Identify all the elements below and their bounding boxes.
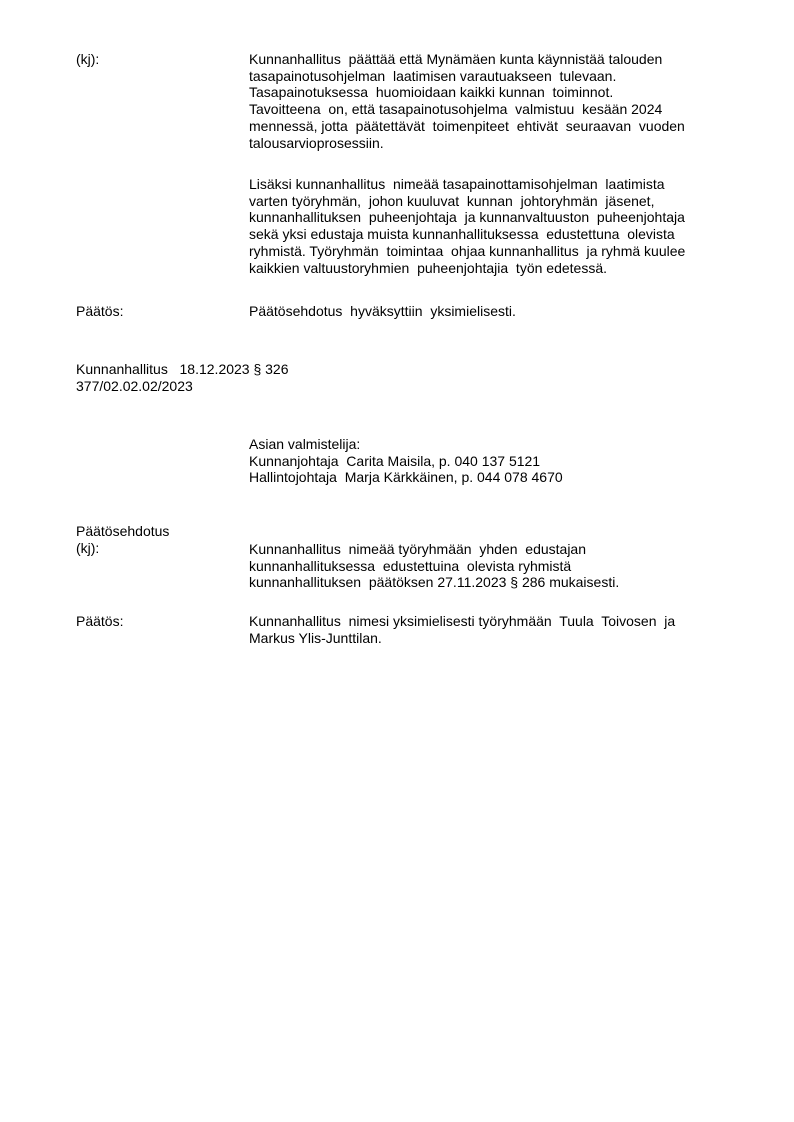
paragraph-line: kunnanhallituksen puheenjohtaja ja kunna…	[249, 209, 685, 226]
paragraph-line: sekä yksi edustaja muista kunnanhallituk…	[249, 226, 685, 243]
paragraph-line: ryhmistä. Työryhmän toimintaa ohjaa kunn…	[249, 243, 685, 260]
paragraph-line: Lisäksi kunnanhallitus nimeää tasapainot…	[249, 176, 685, 193]
paragraph-line: kunnanhallituksen päätöksen 27.11.2023 §…	[249, 574, 619, 591]
proposal-label-kj: (kj):	[76, 51, 99, 68]
paragraph-line: mennessä, jotta päätettävät toimenpiteet…	[249, 118, 685, 135]
case-number: 377/02.02.02/2023	[76, 378, 289, 395]
preparer-line: Hallintojohtaja Marja Kärkkäinen, p. 044…	[249, 469, 563, 486]
proposal-paragraph-2: Lisäksi kunnanhallitus nimeää tasapainot…	[249, 176, 685, 276]
proposal-2-text: Kunnanhallitus nimeää työryhmään yhden e…	[249, 541, 619, 591]
paragraph-line: varten työryhmän, johon kuuluvat kunnan …	[249, 193, 685, 210]
paragraph-line: Kunnanhallitus nimeää työryhmään yhden e…	[249, 541, 619, 558]
decision-2-text: Kunnanhallitus nimesi yksimielisesti työ…	[249, 613, 675, 646]
paragraph-line: Tavoitteena on, että tasapainotusohjelma…	[249, 101, 685, 118]
paragraph-line: tasapainotusohjelman laatimisen varautua…	[249, 68, 685, 85]
document-page: (kj): Kunnanhallitus päättää että Mynämä…	[0, 0, 794, 1122]
paragraph-line: Tasapainotuksessa huomioidaan kaikki kun…	[249, 84, 685, 101]
paragraph-line: Markus Ylis-Junttilan.	[249, 630, 675, 647]
proposal-label-text: (kj):	[76, 51, 99, 68]
paragraph-line: kaikkien valtuustoryhmien puheenjohtajia…	[249, 260, 685, 277]
paragraph-line: Kunnanhallitus nimesi yksimielisesti työ…	[249, 613, 675, 630]
proposal-2-label: Päätösehdotus (kj):	[76, 523, 169, 556]
decision-1-label: Päätös:	[76, 303, 123, 320]
preparer-line: Kunnanjohtaja Carita Maisila, p. 040 137…	[249, 453, 563, 470]
decision-1-text: Päätösehdotus hyväksyttiin yksimielisest…	[249, 303, 516, 320]
preparers-heading: Asian valmistelija:	[249, 436, 563, 453]
board-date-paragraph: Kunnanhallitus 18.12.2023 § 326	[76, 361, 289, 378]
paragraph-line: Kunnanhallitus päättää että Mynämäen kun…	[249, 51, 685, 68]
meeting-reference: Kunnanhallitus 18.12.2023 § 326 377/02.0…	[76, 361, 289, 394]
decision-2-label: Päätös:	[76, 613, 123, 630]
proposal-paragraph-1: Kunnanhallitus päättää että Mynämäen kun…	[249, 51, 685, 151]
paragraph-line: kunnanhallituksessa edustettuina olevist…	[249, 558, 619, 575]
preparers-block: Asian valmistelija: Kunnanjohtaja Carita…	[249, 436, 563, 486]
paragraph-line: talousarvioprosessiin.	[249, 135, 685, 152]
